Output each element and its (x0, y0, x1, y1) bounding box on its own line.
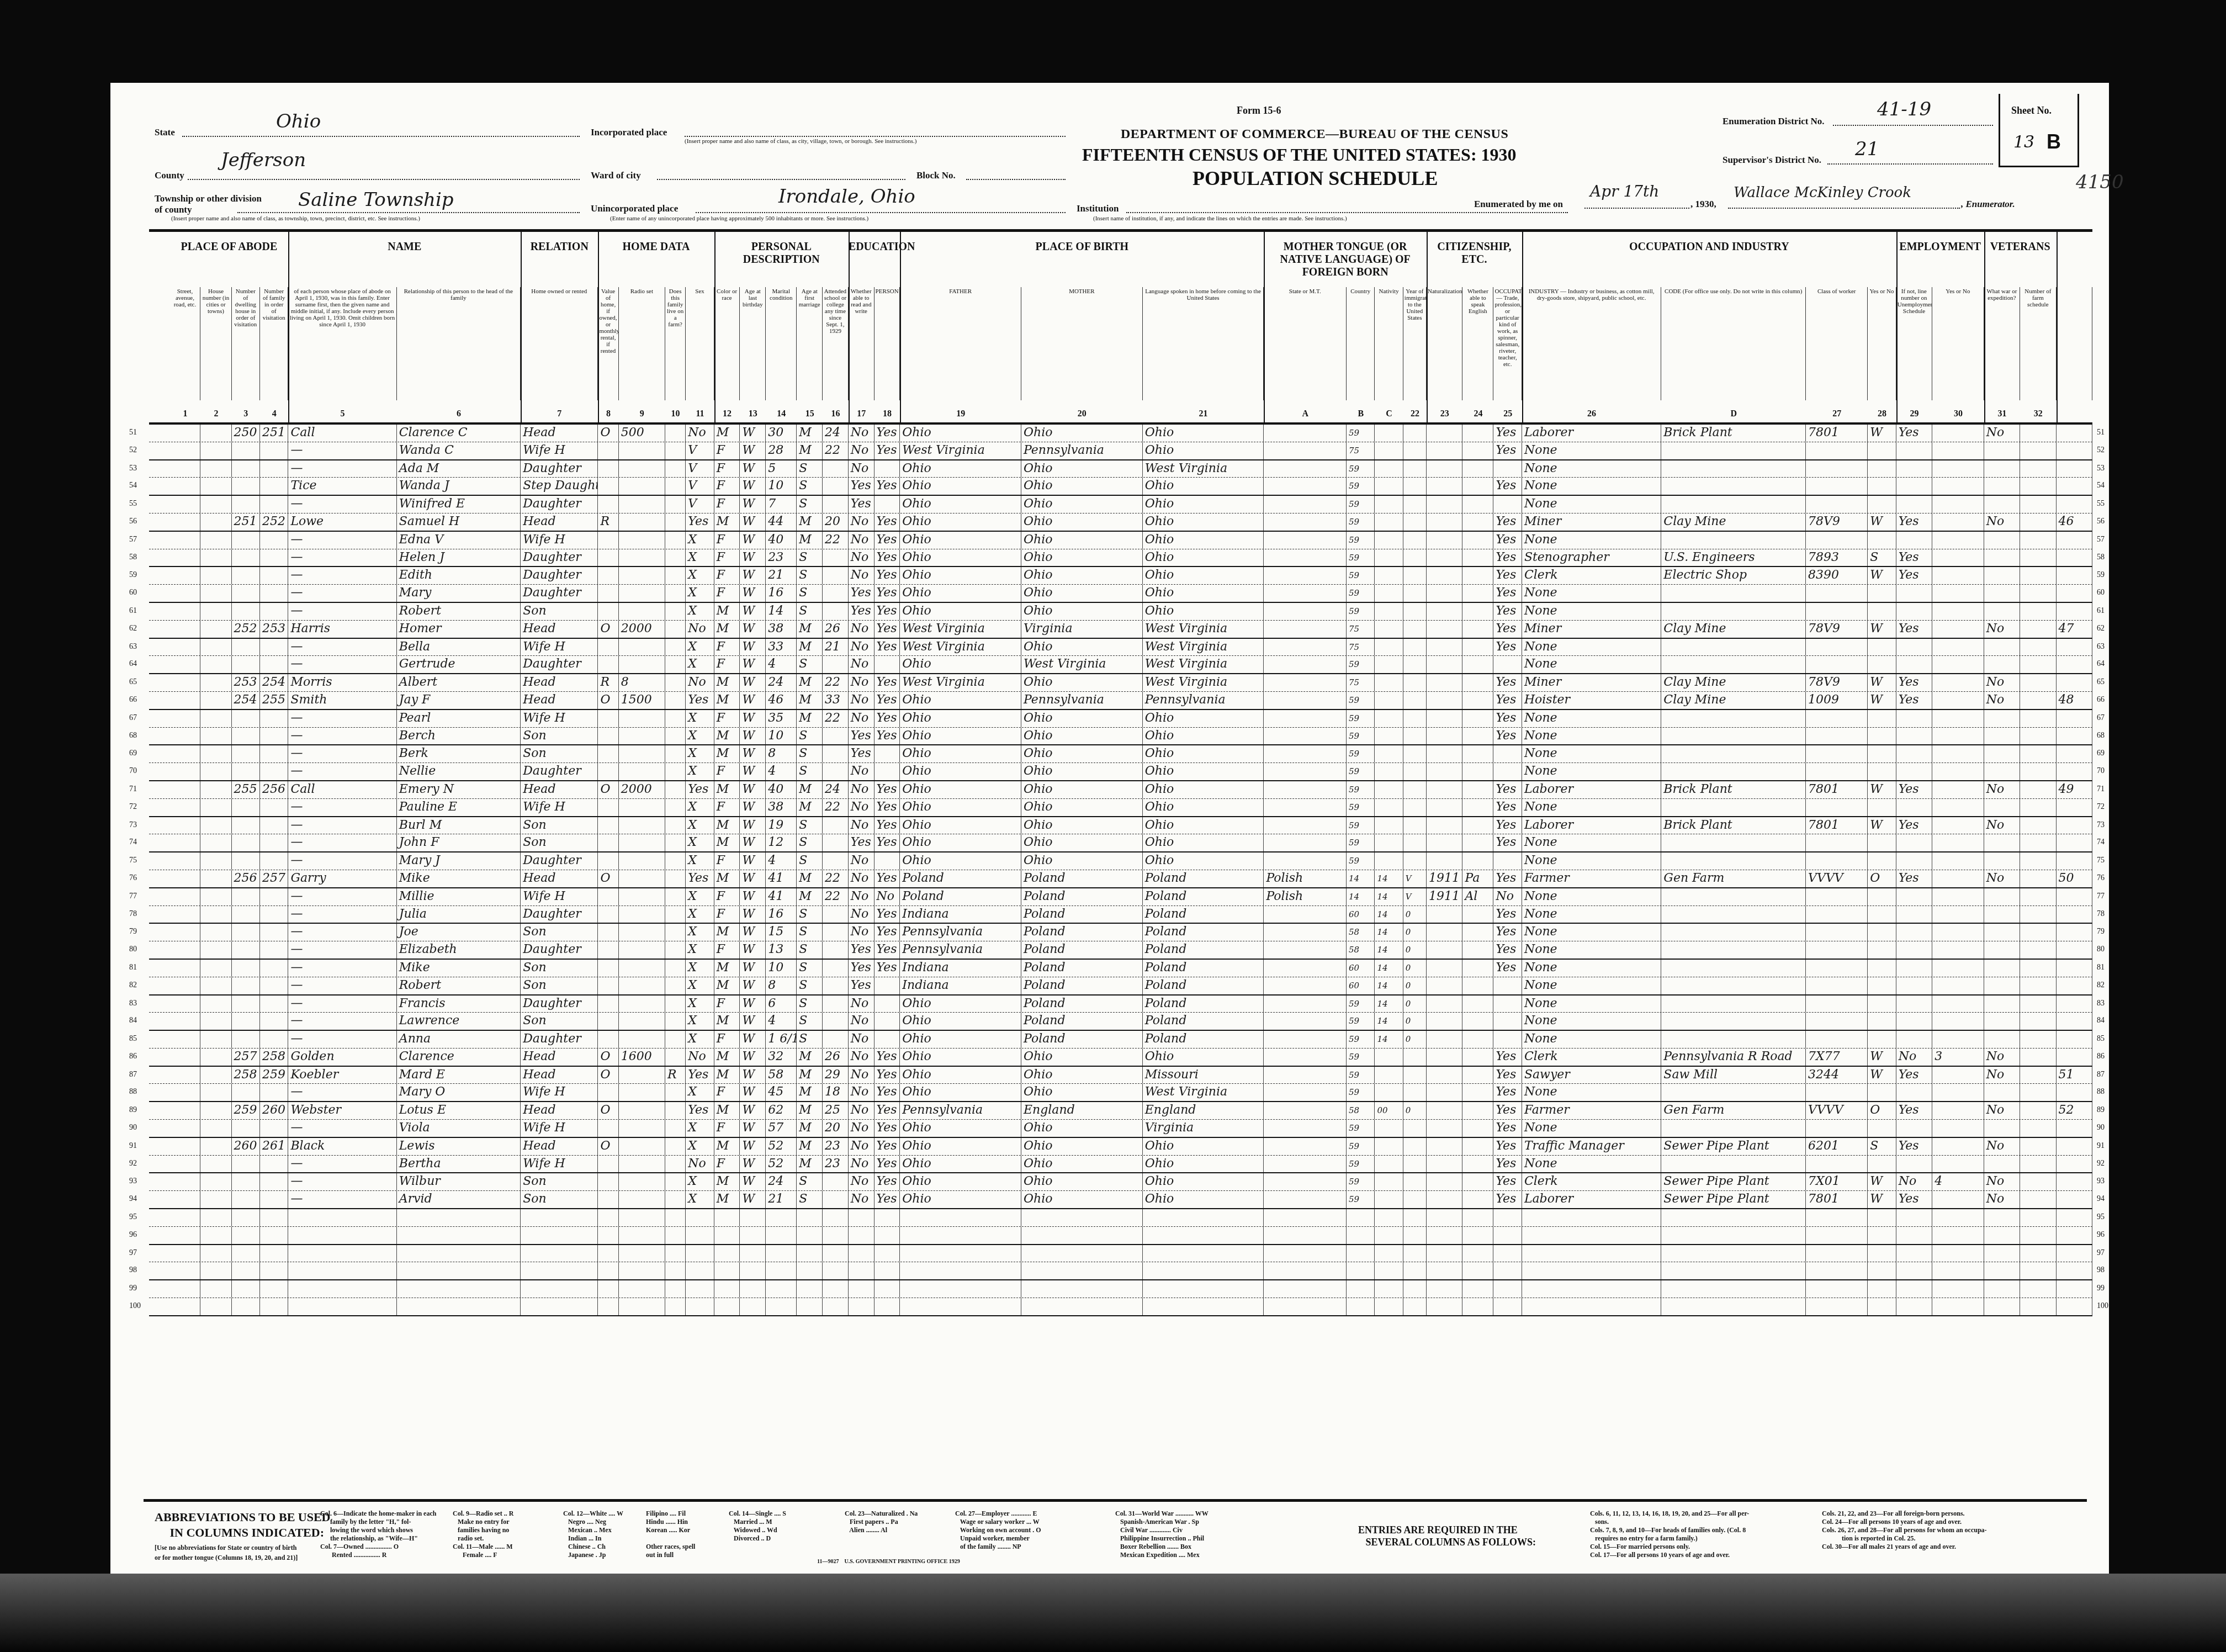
cell-vet: No (1984, 513, 2020, 531)
cell-bpf: Poland (1021, 888, 1143, 906)
cell-imm (1427, 1031, 1462, 1048)
table-row: 8787258259KoeblerMard EHeadORYesMW58M29N… (149, 1067, 2092, 1084)
cell-cls (1868, 745, 1896, 763)
cell-sch: No (849, 442, 875, 459)
cell-surname: — (288, 941, 396, 959)
cell-imm (1427, 1067, 1462, 1084)
cell-house (200, 996, 231, 1013)
cell-cls (1868, 603, 1896, 620)
line-number: 82 (129, 977, 137, 994)
cell-ca: 59 (1347, 656, 1375, 673)
cell-farmsch (2057, 1173, 2092, 1190)
cell-work (1896, 1209, 1932, 1226)
cell-radio (665, 906, 686, 923)
cell-unemp (1932, 1245, 1984, 1262)
cell-vet: No (1984, 621, 2020, 638)
cell-lang (1264, 621, 1347, 638)
cell-cc (1403, 1138, 1427, 1155)
cell-agem: 25 (823, 1102, 849, 1119)
cell-surname: Smith (288, 692, 396, 709)
cell-farmsch (2057, 960, 2092, 977)
cell-rw: Yes (875, 1084, 900, 1101)
cell-cc (1403, 1298, 1427, 1315)
cell-ca (1347, 1262, 1375, 1279)
cell-lang (1264, 853, 1347, 870)
cell-vet: No (1984, 1173, 2020, 1190)
cell-nat (1462, 1067, 1493, 1084)
cell-dwell (232, 1245, 260, 1262)
cell-bpm: Poland (1143, 924, 1264, 941)
cell-nat (1462, 496, 1493, 513)
cell-cc (1403, 1191, 1427, 1208)
cell-unemp (1932, 478, 1984, 495)
cell-dwell (232, 496, 260, 513)
cell-race: W (740, 478, 766, 495)
cell-bpf: Ohio (1021, 1156, 1143, 1173)
cell-sch (849, 1227, 875, 1244)
cell-work (1896, 656, 1932, 673)
cell-bpf: Ohio (1021, 728, 1143, 745)
cell-fam (260, 888, 288, 906)
cell-sex: M (714, 1173, 740, 1190)
cell-vet: No (1984, 1102, 2020, 1119)
cell-imm (1427, 960, 1462, 977)
cell-bpf: Ohio (1021, 513, 1143, 531)
cell-given: Mary J (397, 853, 521, 870)
cell-agem (823, 567, 849, 584)
line-number: 55 (129, 496, 137, 512)
cell-war (2020, 692, 2056, 709)
cell-own (598, 603, 618, 620)
cell-race: W (740, 513, 766, 531)
cell-mar: S (797, 1013, 823, 1030)
cell-work: Yes (1896, 870, 1932, 887)
line-number-right: 61 (2097, 603, 2105, 619)
cell-lang (1264, 781, 1347, 798)
cell-lang (1264, 1102, 1347, 1119)
cell-bp: Ohio (900, 1013, 1021, 1030)
cell-code: 78V9 (1806, 674, 1868, 691)
cell-rel: Daughter (521, 549, 598, 566)
cell-code: 78V9 (1806, 513, 1868, 531)
cell-agem (823, 1227, 849, 1244)
cell-occ: None (1522, 728, 1661, 745)
cell-ind (1661, 799, 1806, 816)
cell-race (740, 1280, 766, 1298)
cell-farmsch (2057, 549, 2092, 566)
cell-own (598, 442, 618, 459)
cell-bp: Ohio (900, 1049, 1021, 1066)
cell-agem (823, 1280, 849, 1298)
cell-eng: Yes (1493, 567, 1522, 584)
cell-sex: F (714, 763, 740, 780)
cell-radio (665, 817, 686, 834)
cell-bpf: Ohio (1021, 817, 1143, 834)
line-number: 66 (129, 692, 137, 708)
table-row: 9393—WilburSonXMW24SNoYesOhioOhioOhio59Y… (149, 1173, 2092, 1191)
column-header: of each person whose place of abode on A… (288, 287, 396, 400)
cell-rel: Daughter (521, 996, 598, 1013)
column-number: 29 (1896, 409, 1932, 419)
cell-ind (1661, 1298, 1806, 1315)
enum-district-value: 41-19 (1877, 98, 1931, 120)
cell-cls (1868, 1209, 1896, 1226)
cell-fam (260, 639, 288, 656)
cell-vet (1984, 639, 2020, 656)
cell-rw (875, 763, 900, 780)
cell-house (200, 781, 231, 798)
cell-eng (1493, 745, 1522, 763)
cell-agem: 22 (823, 710, 849, 727)
cell-cb: 14 (1375, 870, 1403, 887)
cell-farmsch: 52 (2057, 1102, 2092, 1119)
cell-ca: 75 (1347, 621, 1375, 638)
cell-rw: Yes (875, 585, 900, 602)
cell-work: Yes (1896, 513, 1932, 531)
cell-farm: Yes (686, 1067, 714, 1084)
cell-dwell (232, 549, 260, 566)
cell-cc (1403, 745, 1427, 763)
cell-radio (665, 1209, 686, 1226)
cell-farmsch (2057, 924, 2092, 941)
column-header: Does this family live on a farm? (665, 287, 686, 400)
cell-vet (1984, 585, 2020, 602)
cell-bpf (1021, 1298, 1143, 1315)
column-group-title: EDUCATION (849, 241, 900, 253)
cell-fam (260, 1298, 288, 1315)
column-number: 13 (740, 409, 766, 419)
cell-unemp (1932, 817, 1984, 834)
cell-lang (1264, 567, 1347, 584)
cell-dwell: 251 (232, 513, 260, 531)
cell-val (619, 1262, 665, 1279)
cell-code: 8390 (1806, 567, 1868, 584)
cell-ca: 59 (1347, 567, 1375, 584)
cell-cc (1403, 1067, 1427, 1084)
cell-radio (665, 960, 686, 977)
cell-unemp (1932, 621, 1984, 638)
cell-cb (1375, 1227, 1403, 1244)
table-row: 8585—AnnaDaughterXFW1 6/12SNoOhioPolandP… (149, 1031, 2092, 1049)
cell-bpm: West Virginia (1143, 639, 1264, 656)
cell-vet (1984, 1209, 2020, 1226)
cell-val (619, 1031, 665, 1048)
cell-occ: None (1522, 1013, 1661, 1030)
cell-cb (1375, 496, 1403, 513)
cell-rw: Yes (875, 532, 900, 549)
cell-unemp (1932, 1120, 1984, 1137)
cell-race: W (740, 924, 766, 941)
cell-ca: 59 (1347, 478, 1375, 495)
cell-given: Clarence (397, 1049, 521, 1066)
cell-farmsch (2057, 585, 2092, 602)
cell-dwell (232, 977, 260, 994)
cell-radio (665, 853, 686, 870)
cell-rw (875, 1031, 900, 1048)
cell-farm (686, 1227, 714, 1244)
cell-radio (665, 870, 686, 887)
table-row: 6767—PearlWife HXFW35M22NoYesOhioOhioOhi… (149, 710, 2092, 728)
cell-race: W (740, 549, 766, 566)
column-number: 12 (714, 409, 740, 419)
line-number: 83 (129, 996, 137, 1012)
cell-house (200, 460, 231, 478)
cell-eng: Yes (1493, 906, 1522, 923)
cell-work (1896, 496, 1932, 513)
cell-work (1896, 603, 1932, 620)
cell-farm: X (686, 1120, 714, 1137)
cell-bpm: Ohio (1143, 1156, 1264, 1173)
cell-work (1896, 853, 1932, 870)
cell-unemp (1932, 425, 1984, 442)
cell-age: 21 (766, 567, 797, 584)
cell-eng: Yes (1493, 710, 1522, 727)
cell-age: 40 (766, 781, 797, 798)
cell-age: 44 (766, 513, 797, 531)
column-number: 18 (875, 409, 900, 419)
line-number: 92 (129, 1156, 137, 1172)
cell-age: 40 (766, 532, 797, 549)
cell-nat: Pa (1462, 870, 1493, 887)
cell-given: Millie (397, 888, 521, 906)
cell-own (598, 567, 618, 584)
cell-war (2020, 1031, 2056, 1048)
cell-farm: V (686, 496, 714, 513)
cell-occ: None (1522, 924, 1661, 941)
cell-rel: Daughter (521, 656, 598, 673)
cell-bpm (1143, 1245, 1264, 1262)
cell-eng: Yes (1493, 1173, 1522, 1190)
line-number: 99 (129, 1280, 137, 1297)
cell-eng: Yes (1493, 1084, 1522, 1101)
cell-house (200, 496, 231, 513)
cell-sch: Yes (849, 745, 875, 763)
cell-lang (1264, 1138, 1347, 1155)
cell-cb (1375, 585, 1403, 602)
cell-mar: M (797, 621, 823, 638)
cell-radio (665, 745, 686, 763)
cell-cls: W (1868, 567, 1896, 584)
cell-occ: None (1522, 799, 1661, 816)
cell-sex: F (714, 549, 740, 566)
column-header: Number of dwelling house in order of vis… (232, 287, 260, 400)
cell-imm (1427, 1209, 1462, 1226)
cell-rw: Yes (875, 639, 900, 656)
cell-lang (1264, 960, 1347, 977)
cell-surname: — (288, 1173, 396, 1190)
cell-bpm: Ohio (1143, 513, 1264, 531)
cell-age: 6 (766, 996, 797, 1013)
cell-unemp (1932, 1102, 1984, 1119)
cell-bpf: Ohio (1021, 639, 1143, 656)
cell-mar: S (797, 834, 823, 851)
line-number: 62 (129, 621, 137, 637)
line-number: 74 (129, 834, 137, 851)
cell-age: 4 (766, 1013, 797, 1030)
cell-sex: M (714, 817, 740, 834)
cell-vet (1984, 656, 2020, 673)
cell-given: Emery N (397, 781, 521, 798)
cell-house (200, 674, 231, 691)
cell-eng: Yes (1493, 870, 1522, 887)
cell-bpf: Ohio (1021, 549, 1143, 566)
cell-race: W (740, 1084, 766, 1101)
cell-cc: 0 (1403, 906, 1427, 923)
cell-bpm: Ohio (1143, 549, 1264, 566)
unincorporated-value: Irondale, Ohio (778, 186, 915, 208)
cell-dwell (232, 1298, 260, 1315)
cell-own: O (598, 425, 618, 442)
cell-bpf: Ohio (1021, 745, 1143, 763)
cell-surname: — (288, 745, 396, 763)
cell-rw: Yes (875, 960, 900, 977)
cell-street (169, 924, 200, 941)
cell-house (200, 924, 231, 941)
cell-cc (1403, 656, 1427, 673)
column-number: 3 (232, 409, 260, 419)
cell-eng: Yes (1493, 478, 1522, 495)
line-number: 68 (129, 728, 137, 744)
cell-street (169, 977, 200, 994)
cell-fam (260, 1084, 288, 1101)
cell-bpf: Ohio (1021, 674, 1143, 691)
cell-age: 14 (766, 603, 797, 620)
cell-code: 6201 (1806, 1138, 1868, 1155)
cell-sch: No (849, 692, 875, 709)
cell-imm (1427, 496, 1462, 513)
cell-unemp (1932, 781, 1984, 798)
cell-sex: F (714, 941, 740, 959)
cell-given: Lotus E (397, 1102, 521, 1119)
cell-given: Mike (397, 870, 521, 887)
cell-age: 4 (766, 656, 797, 673)
cell-dwell (232, 585, 260, 602)
cell-bpm: West Virginia (1143, 621, 1264, 638)
cell-code (1806, 603, 1868, 620)
cell-mar: S (797, 478, 823, 495)
cell-vet (1984, 1227, 2020, 1244)
cell-war (2020, 745, 2056, 763)
cell-cls (1868, 639, 1896, 656)
table-row: 5959—EdithDaughterXFW21SNoYesOhioOhioOhi… (149, 567, 2092, 585)
cell-mar: M (797, 1138, 823, 1155)
cell-occ: None (1522, 834, 1661, 851)
cell-work (1896, 996, 1932, 1013)
cell-farmsch (2057, 1298, 2092, 1315)
cell-code (1806, 460, 1868, 478)
cell-nat (1462, 1173, 1493, 1190)
cell-race: W (740, 781, 766, 798)
cell-sch: Yes (849, 834, 875, 851)
table-row: 5757—Edna VWife HXFW40M22NoYesOhioOhioOh… (149, 532, 2092, 549)
cell-farm: X (686, 977, 714, 994)
cell-sch: No (849, 799, 875, 816)
cell-sex (714, 1209, 740, 1226)
cell-street (169, 799, 200, 816)
cell-work: Yes (1896, 1138, 1932, 1155)
cell-mar: M (797, 425, 823, 442)
cell-ind (1661, 977, 1806, 994)
line-number-right: 52 (2097, 442, 2105, 459)
cell-cls (1868, 1031, 1896, 1048)
cell-cls (1868, 1245, 1896, 1262)
cell-street (169, 621, 200, 638)
cell-code: 7801 (1806, 1191, 1868, 1208)
cell-sex: F (714, 888, 740, 906)
cell-work (1896, 763, 1932, 780)
cell-code (1806, 763, 1868, 780)
cell-farm (686, 1280, 714, 1298)
cell-rw (875, 496, 900, 513)
cell-dwell (232, 1262, 260, 1279)
cell-ca (1347, 1209, 1375, 1226)
state-label: State (155, 127, 175, 138)
cell-street (169, 425, 200, 442)
cell-bpf (1021, 1209, 1143, 1226)
cell-rel: Head (521, 1067, 598, 1084)
cell-given: Robert (397, 977, 521, 994)
line-number: 51 (129, 425, 137, 441)
cell-house (200, 425, 231, 442)
cell-cb (1375, 781, 1403, 798)
cell-street (169, 603, 200, 620)
cell-work: Yes (1896, 1102, 1932, 1119)
cell-war (2020, 425, 2056, 442)
enum-district-line (1833, 125, 1993, 126)
cell-bp: Ohio (900, 745, 1021, 763)
cell-given (397, 1298, 521, 1315)
column-number: D (1661, 409, 1806, 419)
cell-surname: — (288, 996, 396, 1013)
cell-ind: U.S. Engineers (1661, 549, 1806, 566)
cell-agem: 20 (823, 1120, 849, 1137)
abbr-col27: Col. 27—Employer ............ E Wage or … (955, 1510, 1041, 1551)
cell-war (2020, 549, 2056, 566)
cell-agem: 26 (823, 621, 849, 638)
cell-race: W (740, 674, 766, 691)
cell-bp: Ohio (900, 834, 1021, 851)
cell-cb (1375, 763, 1403, 780)
cell-bpf: Ohio (1021, 763, 1143, 780)
cell-work (1896, 960, 1932, 977)
cell-rw (875, 1298, 900, 1315)
cell-ca: 59 (1347, 425, 1375, 442)
cell-ca: 59 (1347, 585, 1375, 602)
cell-own: O (598, 1067, 618, 1084)
cell-age: 28 (766, 442, 797, 459)
cell-bp: Ohio (900, 1031, 1021, 1048)
cell-occ: None (1522, 1120, 1661, 1137)
cell-cc: V (1403, 870, 1427, 887)
table-row: 9191260261BlackLewisHeadOXMW52M23NoYesOh… (149, 1138, 2092, 1156)
column-header: Nativity (1375, 287, 1403, 400)
cell-cls (1868, 1156, 1896, 1173)
cell-fam (260, 1013, 288, 1030)
cell-val (619, 496, 665, 513)
cell-unemp (1932, 1298, 1984, 1315)
cell-age: 23 (766, 549, 797, 566)
column-number: A (1264, 409, 1347, 419)
cell-radio (665, 1245, 686, 1262)
cell-farmsch (2057, 478, 2092, 495)
cell-house (200, 960, 231, 977)
cell-occ: None (1522, 906, 1661, 923)
cell-val (619, 532, 665, 549)
column-header: Marital condition (766, 287, 797, 400)
line-number-right: 60 (2097, 585, 2105, 601)
cell-val (619, 1245, 665, 1262)
cell-bpf: Ohio (1021, 1120, 1143, 1137)
